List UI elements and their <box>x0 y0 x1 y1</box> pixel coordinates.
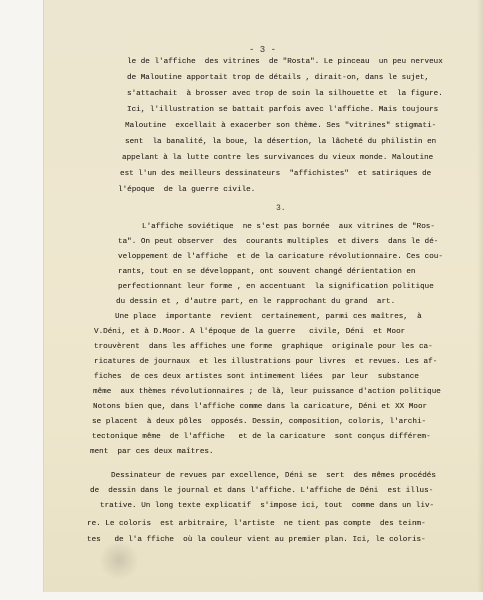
text-line: sent la banalité, la boue, la désertion,… <box>125 137 436 147</box>
text-line: Ici, l'illustration se battait parfois a… <box>127 105 438 115</box>
text-line: veloppement de l'affiche et de la carica… <box>118 252 443 262</box>
text-line: trouvèrent dans les affiches une forme g… <box>94 342 433 352</box>
text-line: est l'un des meilleurs dessinateurs "aff… <box>120 169 431 179</box>
text-line: de Maloutine apportait trop de détails ,… <box>127 73 429 83</box>
text-line: s'attachait à brosser avec trop de soin … <box>127 89 443 99</box>
text-line: Notons bien que, dans l'affiche comme da… <box>93 402 427 412</box>
text-line: le de l'affiche des vitrines de "Rosta".… <box>127 57 443 67</box>
text-line: re. Le coloris est arbitraire, l'artiste… <box>87 519 426 529</box>
text-line: même aux thèmes révolutionnaires ; de là… <box>93 387 441 397</box>
text-line: L'affiche soviétique ne s'est pas bornée… <box>142 222 435 232</box>
text-line: Maloutine excellait à exacerber son thèm… <box>125 121 436 131</box>
text-line: ment par ces deux maîtres. <box>90 447 214 457</box>
text-line: tes de l'a ffiche où la couleur vient au… <box>87 535 426 545</box>
text-line: l'époque de la guerre civile. <box>118 185 255 195</box>
paper-smudge <box>99 540 139 580</box>
text-line: V.Déni, et à D.Moor. A l'époque de la gu… <box>94 327 405 337</box>
text-line: tectonique même de l'affiche et de la ca… <box>92 432 431 442</box>
section-number: 3. <box>276 204 286 213</box>
text-line: rants, tout en se développant, ont souve… <box>118 267 416 277</box>
text-line: Une place importante revient certainemen… <box>115 312 422 322</box>
text-line: se placent à deux pôles opposés. Dessin,… <box>92 417 426 427</box>
text-line: appelant à la lutte contre les survivanc… <box>122 153 433 163</box>
page-number: - 3 - <box>249 45 276 55</box>
text-line: du dessin et , d'autre part, en le rappr… <box>116 297 395 307</box>
text-line: fiches de ces deux artistes sont intimem… <box>94 372 419 382</box>
text-line: de dessin dans le journal et dans l'affi… <box>90 486 433 496</box>
text-line: trative. Un long texte explicatif s'impo… <box>100 501 434 511</box>
text-line: Dessinateur de revues par excellence, Dé… <box>111 471 436 481</box>
text-line: perfectionnant leur forme , en accentuan… <box>118 282 434 292</box>
text-line: ta". On peut observer des courants multi… <box>118 237 438 247</box>
text-line: ricatures de journaux et les illustratio… <box>94 357 437 367</box>
